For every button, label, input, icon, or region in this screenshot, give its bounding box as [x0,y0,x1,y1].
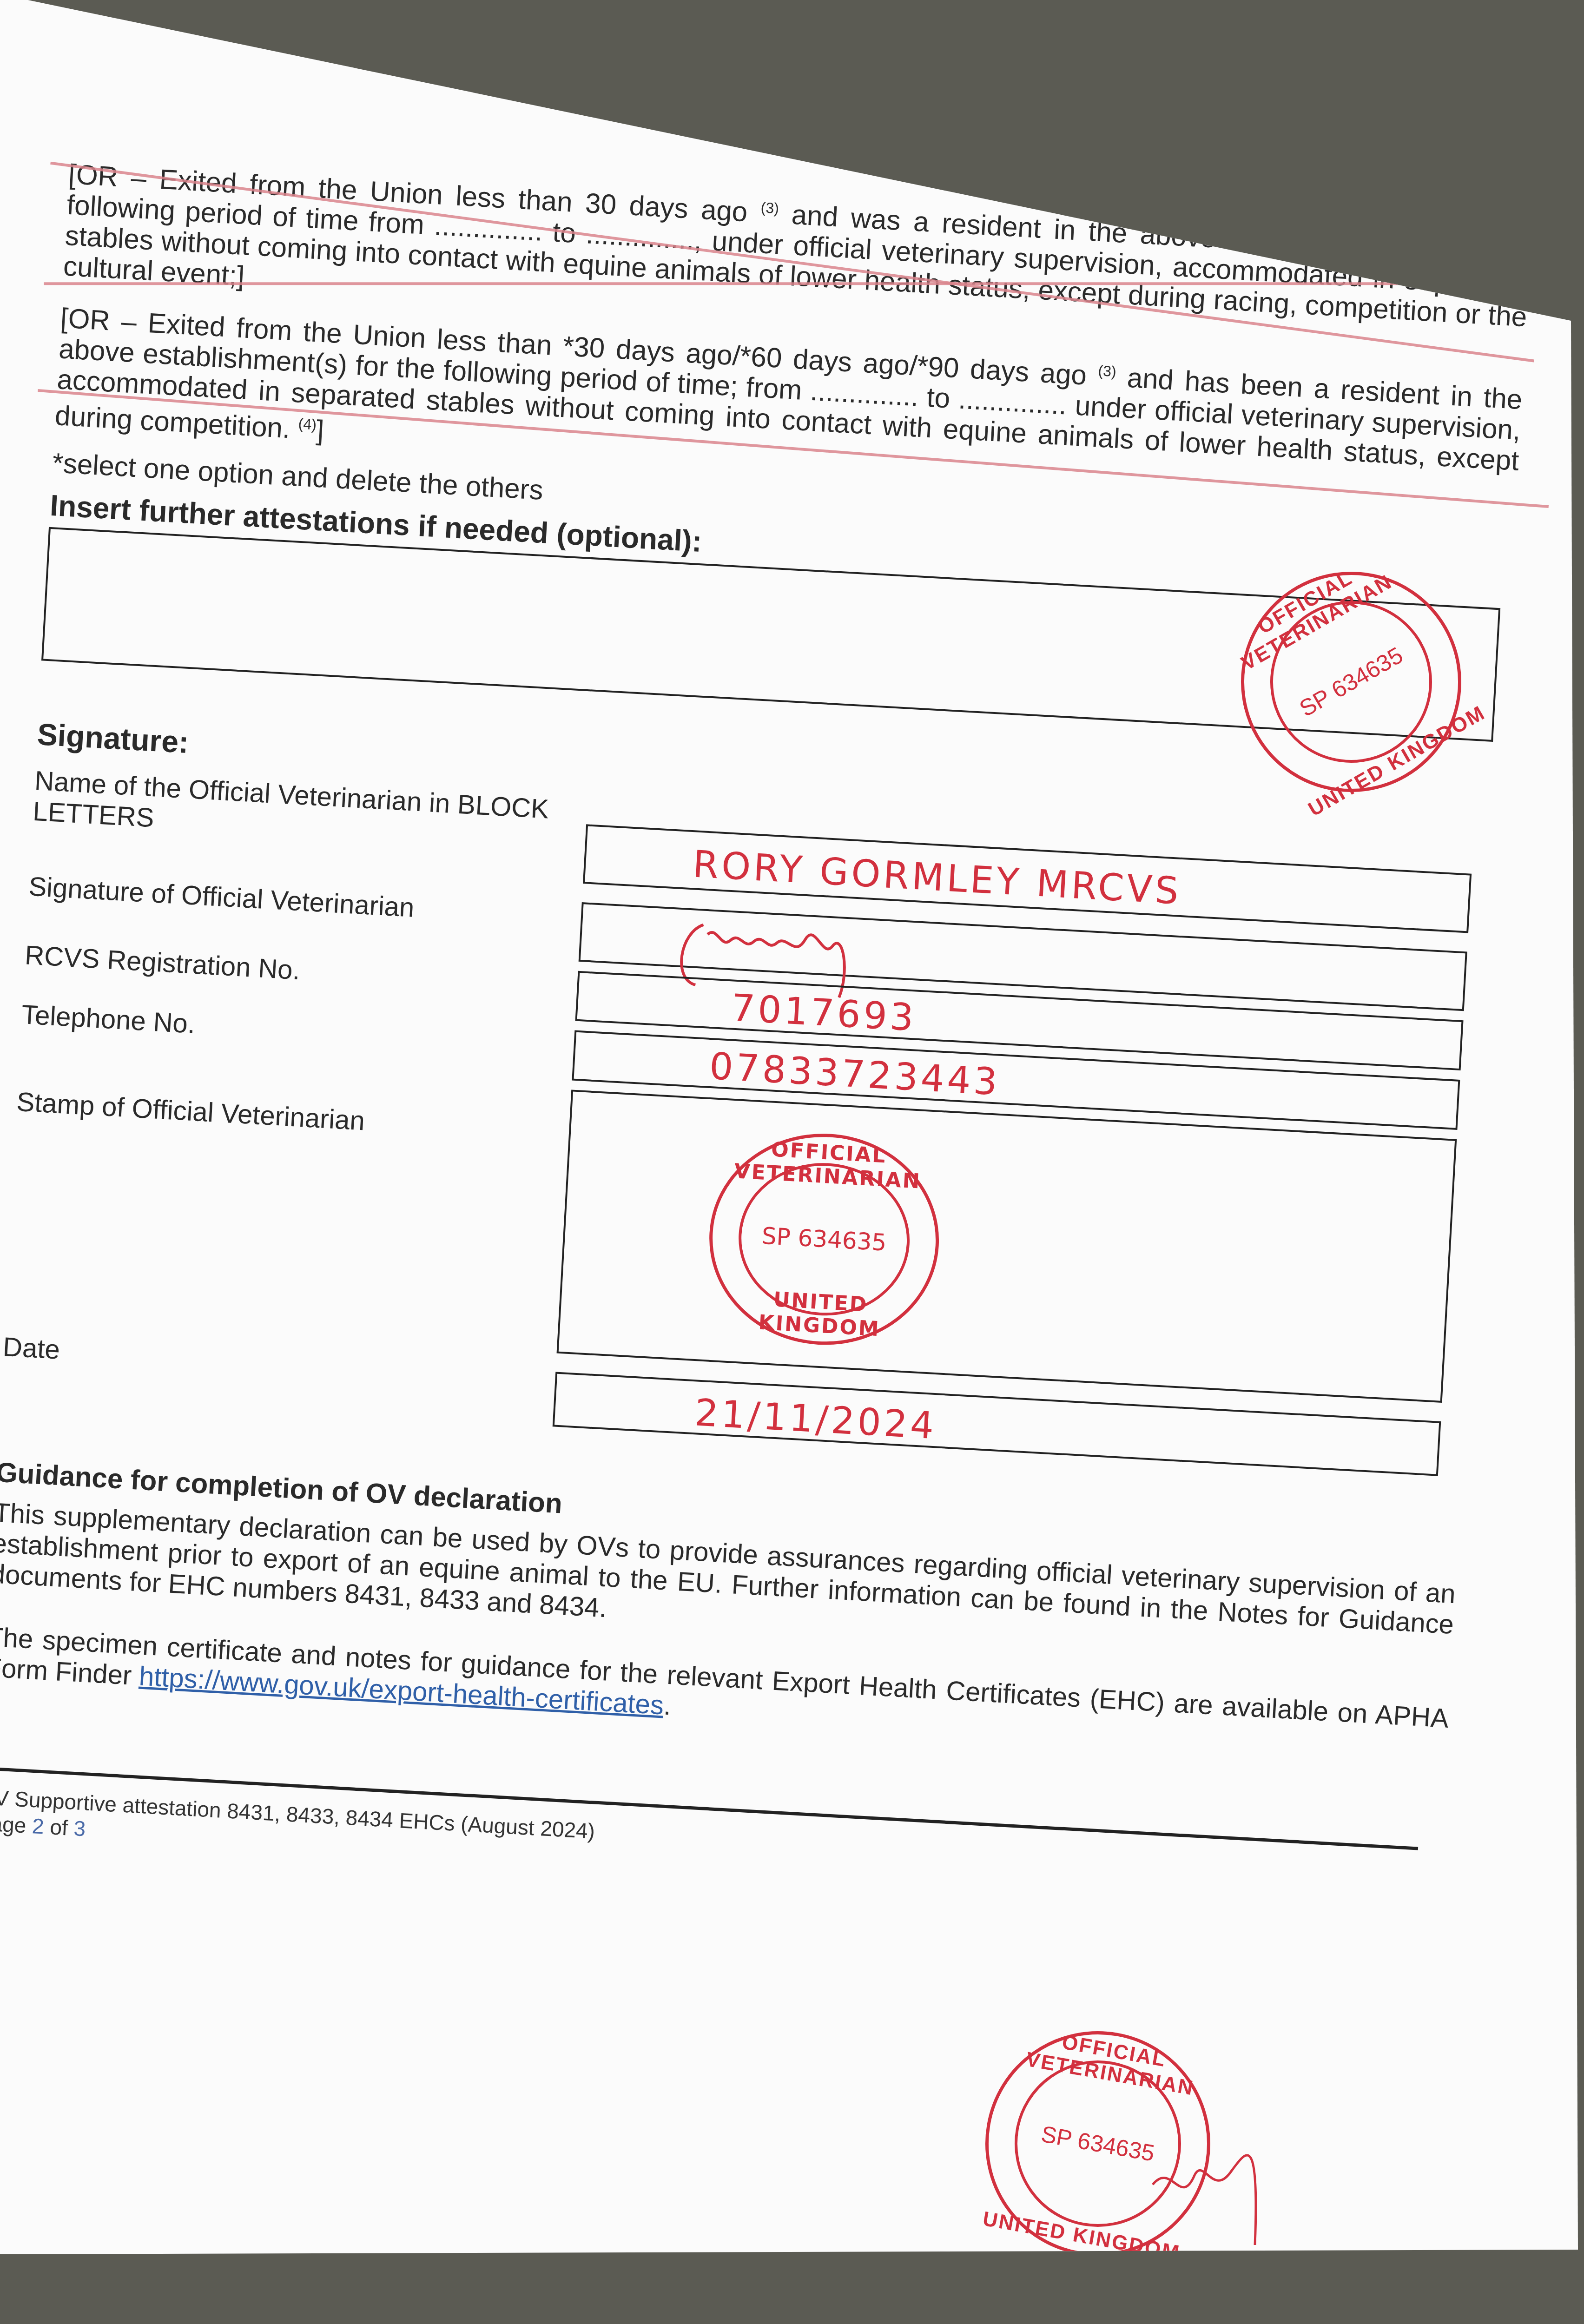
footnote-ref: (4) [298,415,317,433]
official-veterinarian-stamp: OFFICIAL VETERINARIAN SP 634635 UNITED K… [704,1128,945,1351]
stamp-number: SP 634635 [1039,2120,1157,2167]
stamp-number: SP 634635 [1295,641,1408,722]
stamp-ring-bottom-text: UNITED KINGDOM [707,1284,933,1344]
document-content: [OR – Exited from the Union less than 30… [0,153,1531,1917]
footnote-ref: (3) [760,199,779,217]
rcvs-number-value: 7017693 [730,986,917,1039]
telephone-value: 07833723443 [708,1044,1001,1104]
period: . [663,1690,672,1721]
stamp-ring-top-text: OFFICIAL VETERINARIAN [716,1135,941,1195]
ov-name-value: RORY GORMLEY MRCVS [692,842,1182,913]
stamp-ring-top-text: OFFICIAL VETERINARIAN [1001,2021,1224,2105]
field-label-name: Name of the Official Veterinarian in BLO… [32,766,588,858]
document-page: [OR – Exited from the Union less than 30… [0,0,1584,2254]
current-page: 2 [32,1814,45,1838]
field-label-stamp: Stamp of Official Veterinarian [16,1087,570,1148]
stamp-number: SP 634635 [761,1222,887,1256]
page-footer: OV Supportive attestation 8431, 8433, 84… [0,1784,1440,1918]
closing-bracket: ] [315,415,324,446]
total-pages: 3 [73,1816,86,1841]
stamp-field[interactable]: OFFICIAL VETERINARIAN SP 634635 UNITED K… [557,1089,1457,1403]
footer-signature-icon [1143,2115,1329,2254]
field-label-signature: Signature of Official Veterinarian [28,871,582,933]
footnote-ref: (3) [1098,362,1117,380]
page-label: Page [0,1810,27,1837]
date-value: 21/11/2024 [693,1391,937,1447]
page-of-label: of [49,1815,68,1840]
strikethrough-line [44,282,1540,285]
